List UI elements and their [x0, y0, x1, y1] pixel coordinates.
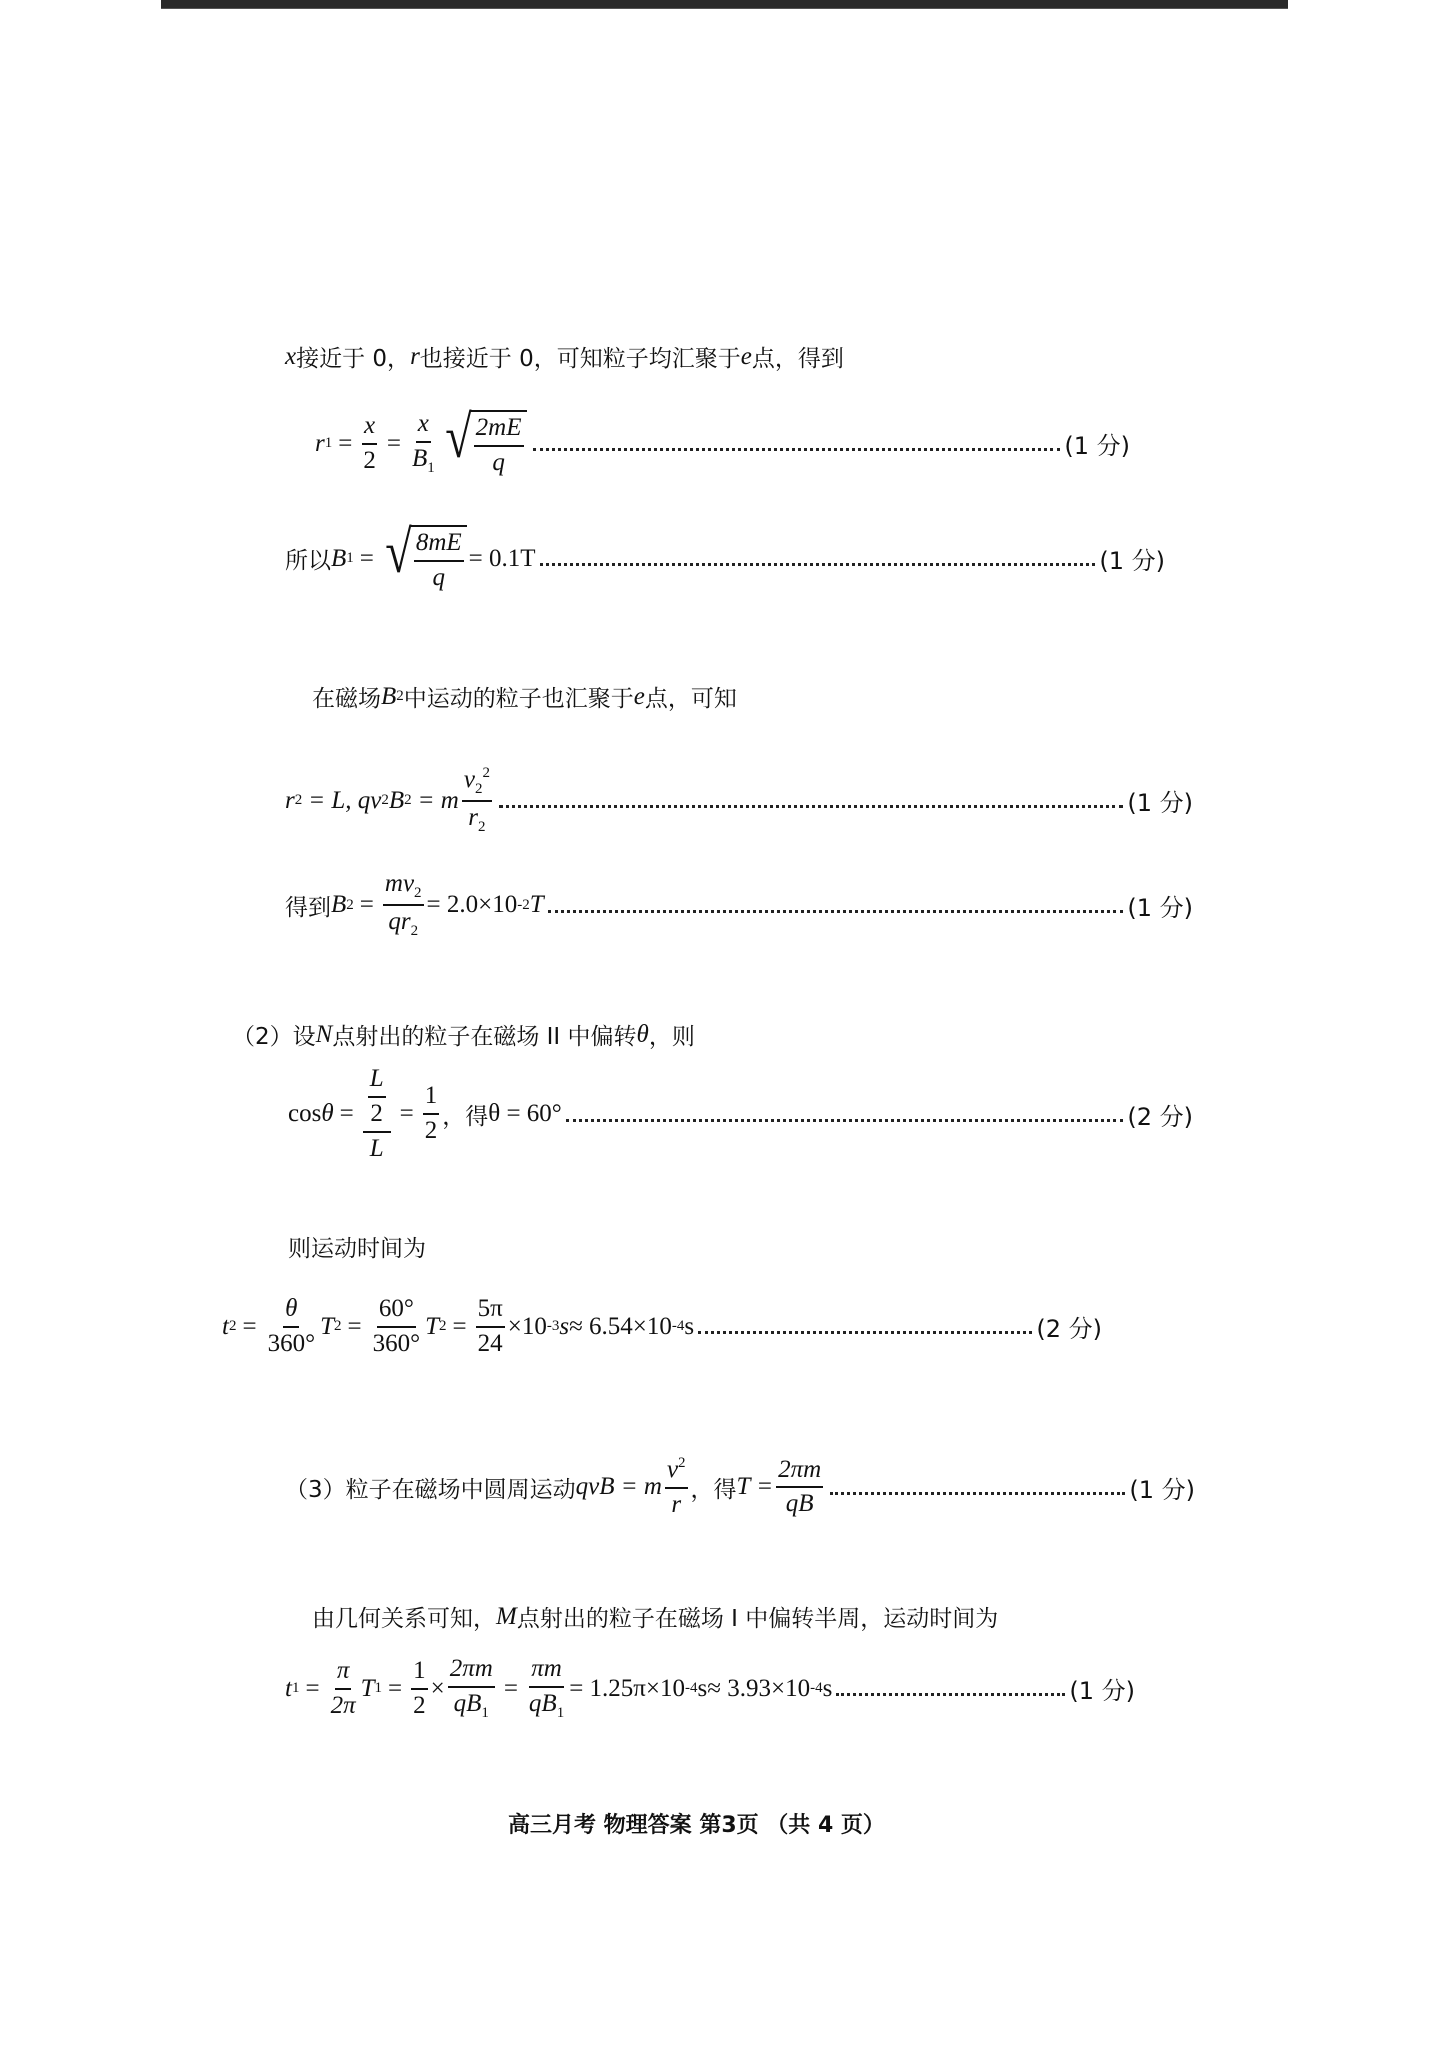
subscript: 2 — [414, 885, 422, 901]
exponent: -3 — [547, 1318, 560, 1335]
multiplier: ×10 — [508, 1313, 547, 1341]
denominator: r — [669, 1489, 683, 1520]
numerator: v22 — [462, 765, 492, 802]
denominator: qB1 — [527, 1688, 566, 1722]
text: 在磁场 — [312, 680, 381, 713]
fraction: 2πmqB — [776, 1456, 823, 1520]
equals: = — [400, 1100, 414, 1128]
score-label: (1 分) — [1099, 541, 1165, 576]
text: （2）设 — [232, 1018, 316, 1051]
fraction: 60°360° — [371, 1295, 423, 1359]
var: r — [468, 804, 478, 831]
subscript: 2 — [396, 688, 404, 705]
var: r — [315, 430, 325, 458]
text: 则运动时间为 — [288, 1230, 426, 1263]
leader-dots — [540, 563, 1096, 566]
text: ，得 — [691, 1471, 737, 1504]
numerator: 60° — [377, 1295, 416, 1328]
var: θ — [321, 1100, 333, 1128]
result: = 1.25π×10 — [569, 1675, 685, 1703]
approx-result: ≈ 3.93×10 — [707, 1675, 810, 1703]
denominator: q — [490, 447, 507, 478]
var: B — [381, 683, 396, 711]
subscript: 1 — [325, 435, 333, 452]
denominator: B1 — [410, 443, 437, 477]
text: ，则 — [649, 1018, 695, 1051]
numerator: 2πm — [776, 1456, 823, 1489]
fraction: 2πmqB1 — [448, 1655, 495, 1722]
text: 点射出的粒子在磁场 II 中偏转 — [332, 1018, 636, 1051]
fraction: v2r — [665, 1455, 688, 1520]
unit: s — [823, 1675, 833, 1703]
text-line-motion-time: 则运动时间为 — [288, 1230, 426, 1263]
equation-b2: 得到 B2 = mv2qr2 = 2.0×10-2T (1 分) — [285, 870, 1193, 941]
exponent: -2 — [517, 897, 530, 914]
var: B — [412, 445, 427, 472]
expr: = m — [418, 787, 459, 815]
leader-dots — [836, 1693, 1065, 1696]
equals: = — [340, 1100, 354, 1128]
equals: = — [387, 430, 401, 458]
numerator: v2 — [665, 1455, 688, 1489]
var: mv — [385, 870, 414, 897]
equals: = — [452, 1313, 466, 1341]
fraction: x2 — [361, 412, 378, 476]
leader-dots — [499, 805, 1123, 808]
fraction: L2 L — [363, 1065, 391, 1163]
fraction: 12 — [423, 1082, 440, 1146]
fraction: xB1 — [410, 410, 437, 477]
var: qB — [454, 1690, 482, 1717]
score-label: (1 分) — [1127, 888, 1193, 923]
score-label: (1 分) — [1127, 783, 1193, 818]
denominator: 2 — [368, 1098, 385, 1129]
leader-dots — [566, 1119, 1124, 1122]
denominator: qr2 — [386, 906, 420, 940]
subscript: 1 — [375, 1680, 383, 1697]
var-e: e — [741, 343, 752, 371]
subscript: 2 — [439, 1318, 447, 1335]
text: 由几何关系可知， — [312, 1600, 496, 1633]
result: = 2.0×10 — [427, 891, 518, 919]
equation-r2: r2 = L, qv2 B2 = m v22r2 (1 分) — [285, 765, 1193, 837]
fraction: πmqB1 — [527, 1655, 566, 1722]
text: 点，得到 — [752, 340, 844, 373]
fraction: v22r2 — [462, 765, 492, 837]
score-label: (1 分) — [1069, 1671, 1135, 1706]
var: v — [464, 766, 475, 793]
text: （3）粒子在磁场中圆周运动 — [285, 1471, 576, 1504]
radicand: 2mEq — [471, 410, 527, 478]
denominator: 360° — [371, 1328, 423, 1359]
numerator: L2 — [363, 1065, 391, 1133]
text-line-geometry: 由几何关系可知， M 点射出的粒子在磁场 I 中偏转半周，运动时间为 — [312, 1600, 998, 1633]
numerator: x — [416, 410, 431, 443]
denominator: 2π — [329, 1690, 358, 1721]
denominator: L — [368, 1133, 386, 1164]
numerator: 1 — [411, 1657, 428, 1690]
sqrt: √8mEq — [382, 525, 467, 593]
fraction: 2mEq — [474, 414, 524, 478]
subscript: 2 — [475, 781, 483, 797]
equation-b1: 所以 B1 = √8mEq = 0.1T (1 分) — [285, 525, 1165, 593]
approx-result: ≈ 6.54×10 — [569, 1313, 672, 1341]
var: qB — [529, 1690, 557, 1717]
equals: = — [504, 1675, 518, 1703]
subscript: 2 — [229, 1318, 237, 1335]
page-top-border — [161, 0, 1288, 9]
leader-dots — [548, 910, 1124, 913]
radical-sign: √ — [445, 410, 471, 478]
radical-sign: √ — [385, 525, 411, 593]
exponent: -4 — [810, 1680, 823, 1697]
equals: = — [242, 1313, 256, 1341]
superscript: 2 — [678, 1455, 686, 1471]
subscript: 2 — [346, 897, 354, 914]
var: B — [389, 787, 404, 815]
numerator: 2mE — [474, 414, 524, 447]
text: 接近于 0， — [296, 340, 410, 373]
numerator: πm — [529, 1655, 564, 1688]
leader-dots — [830, 1492, 1125, 1495]
sqrt: √2mEq — [442, 410, 527, 478]
var: t — [222, 1313, 229, 1341]
denominator: 2 — [411, 1690, 428, 1721]
denominator: q — [430, 562, 447, 593]
subscript: 2 — [478, 819, 486, 835]
score-label: (2 分) — [1127, 1097, 1193, 1132]
text: 得到 — [285, 889, 331, 922]
numerator: π — [335, 1657, 352, 1690]
numerator: θ — [283, 1295, 299, 1328]
var: M — [496, 1603, 517, 1631]
denominator: r2 — [466, 802, 487, 836]
equation-t1: t1 = π2π T1 = 12 × 2πmqB1 = πmqB1 = 1.25… — [285, 1655, 1135, 1722]
var: B — [331, 545, 346, 573]
expr: qvB = m — [576, 1473, 662, 1501]
denominator: 2 — [423, 1115, 440, 1146]
result: = 0.1T — [469, 545, 536, 573]
denominator: qB — [784, 1488, 816, 1519]
numerator: x — [362, 412, 377, 445]
text: 也接近于 0，可知粒子均汇聚于 — [420, 340, 741, 373]
expr: T = — [737, 1473, 774, 1501]
expr: = L, qv — [308, 787, 381, 815]
equals: = — [338, 430, 352, 458]
superscript: 2 — [482, 765, 490, 781]
numerator: mv2 — [383, 870, 424, 906]
equation-period: （3）粒子在磁场中圆周运动 qvB = m v2r ，得 T = 2πmqB (… — [285, 1455, 1195, 1520]
var: T — [361, 1675, 375, 1703]
denominator: 2 — [361, 445, 378, 476]
numerator: 5π — [476, 1295, 505, 1328]
subscript: 2 — [295, 792, 303, 809]
subscript: 2 — [381, 792, 389, 809]
var: v — [667, 1456, 678, 1483]
text: 中运动的粒子也汇聚于 — [404, 680, 634, 713]
equation-t2: t2 = θ360° T2 = 60°360° T2 = 5π24 ×10-3s… — [222, 1295, 1102, 1359]
var-x: x — [285, 343, 296, 371]
text-line-b2-field: 在磁场 B2 中运动的粒子也汇聚于 e 点，可知 — [312, 680, 737, 713]
unit: s — [559, 1313, 569, 1341]
score-label: (1 分) — [1129, 1470, 1195, 1505]
unit: s — [698, 1675, 708, 1703]
exponent: -4 — [672, 1318, 685, 1335]
var: T — [425, 1313, 439, 1341]
subscript: 2 — [334, 1318, 342, 1335]
exponent: -4 — [685, 1680, 698, 1697]
equals: = — [388, 1675, 402, 1703]
equation-cos-theta: cosθ = L2 L = 12 ，得 θ = 60° (2 分) — [288, 1065, 1193, 1163]
subscript: 1 — [481, 1705, 489, 1721]
var-r: r — [410, 343, 420, 371]
equals: = — [305, 1675, 319, 1703]
fraction: π2π — [329, 1657, 358, 1721]
var: r — [285, 787, 295, 815]
subscript: 2 — [404, 792, 412, 809]
var: N — [316, 1021, 333, 1049]
text-line-x-approaches-zero: x 接近于 0， r 也接近于 0，可知粒子均汇聚于 e 点，得到 — [285, 340, 844, 373]
leader-dots — [533, 448, 1061, 451]
equals: = — [360, 545, 374, 573]
var: T — [320, 1313, 334, 1341]
radicand: 8mEq — [411, 525, 467, 593]
unit: T — [530, 891, 544, 919]
fraction: mv2qr2 — [383, 870, 424, 941]
text: 点，可知 — [645, 680, 737, 713]
var: θ — [637, 1021, 649, 1049]
page-footer: 高三月考 物理答案 第3页 （共 4 页） — [508, 1808, 885, 1839]
denominator: qB1 — [452, 1688, 491, 1722]
result: θ = 60° — [488, 1100, 562, 1128]
fraction: 5π24 — [476, 1295, 505, 1359]
equals: = — [360, 891, 374, 919]
unit: s — [684, 1313, 694, 1341]
text: 所以 — [285, 542, 331, 575]
func: cos — [288, 1100, 321, 1128]
var: t — [285, 1675, 292, 1703]
text: 点射出的粒子在磁场 I 中偏转半周，运动时间为 — [517, 1600, 998, 1633]
numerator: 1 — [423, 1082, 440, 1115]
text-line-part-2: （2）设 N 点射出的粒子在磁场 II 中偏转 θ ，则 — [232, 1018, 695, 1051]
times: × — [431, 1675, 445, 1703]
equals: = — [347, 1313, 361, 1341]
subscript: 1 — [346, 550, 354, 567]
leader-dots — [698, 1331, 1032, 1334]
numerator: 8mE — [414, 529, 464, 562]
equation-r1: r1 = x2 = xB1 √2mEq (1 分) — [315, 410, 1130, 478]
numerator: 2πm — [448, 1655, 495, 1688]
fraction: 8mEq — [414, 529, 464, 593]
inner-fraction: L2 — [368, 1065, 386, 1129]
fraction: θ360° — [266, 1295, 318, 1359]
var: qr — [388, 908, 410, 935]
numerator: L — [368, 1065, 386, 1098]
subscript: 2 — [411, 923, 419, 939]
subscript: 1 — [557, 1705, 565, 1721]
var: B — [331, 891, 346, 919]
var: e — [634, 683, 645, 711]
subscript: 1 — [292, 1680, 300, 1697]
score-label: (1 分) — [1064, 426, 1130, 461]
fraction: 12 — [411, 1657, 428, 1721]
score-label: (2 分) — [1036, 1309, 1102, 1344]
denominator: 360° — [266, 1328, 318, 1359]
denominator: 24 — [476, 1328, 505, 1359]
text: ，得 — [442, 1098, 488, 1131]
subscript: 1 — [427, 460, 435, 476]
